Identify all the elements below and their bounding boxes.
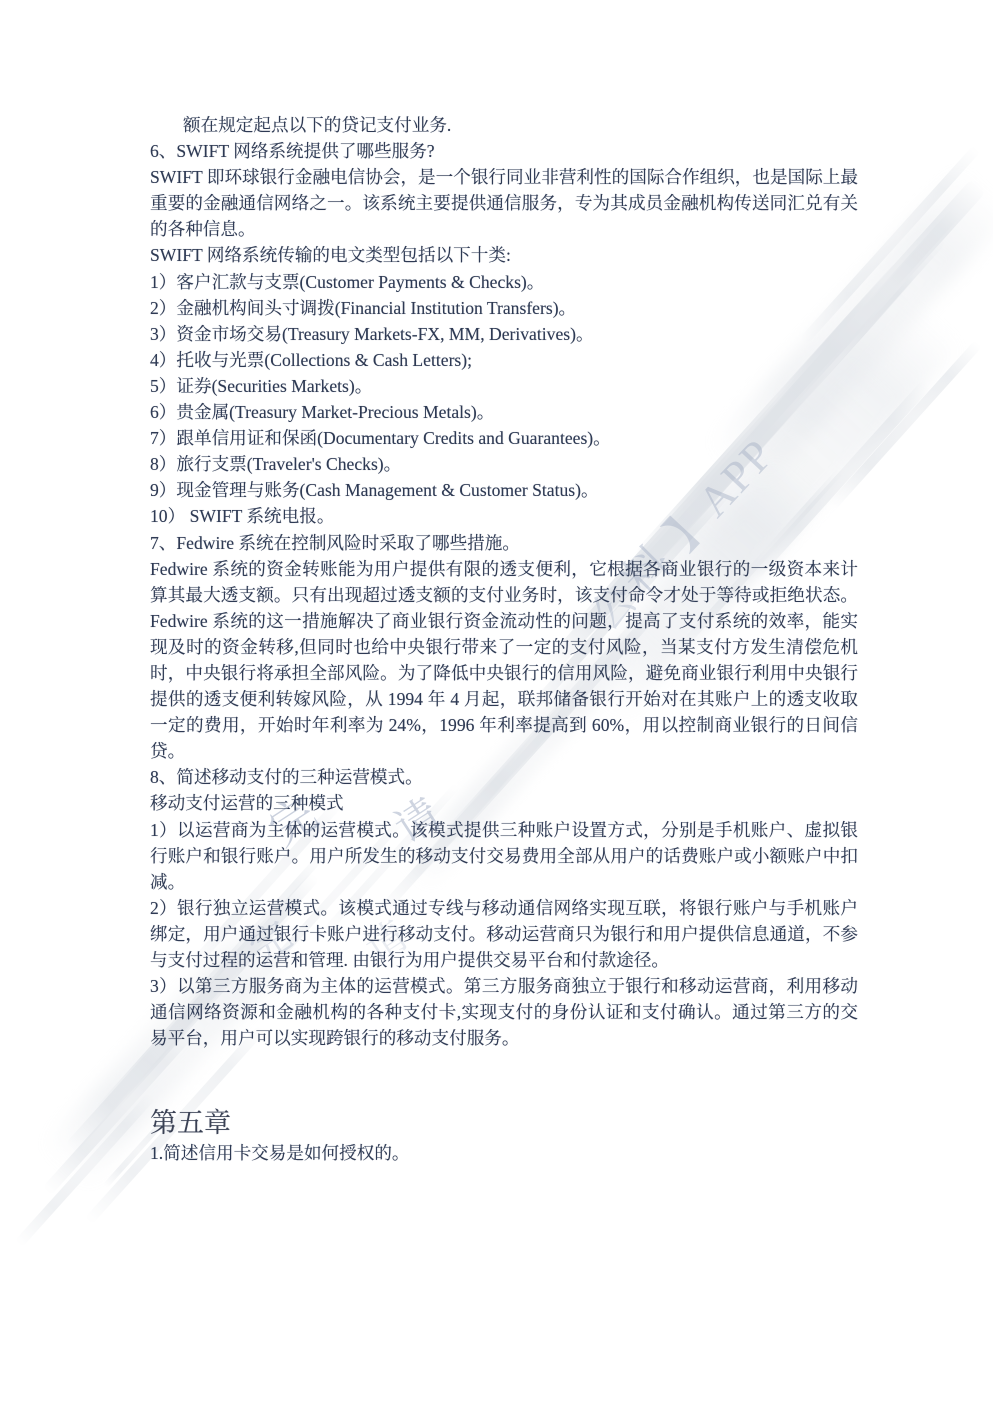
swift-message-type-item: 1）客户汇款与支票(Customer Payments & Checks)。 [150, 269, 858, 295]
document-page: 完 请 公 料 】APP 完 请 额在规定起点以下的贷记支付业务. 6、SWIF… [0, 0, 993, 1404]
q8-subheading: 移动支付运营的三种模式 [150, 790, 858, 816]
chapter-5-title: 第五章 [150, 1106, 858, 1140]
swift-message-type-item: 8）旅行支票(Traveler's Checks)。 [150, 451, 858, 477]
question-7-heading: 7、Fedwire 系统在控制风险时采取了哪些措施。 [150, 530, 858, 556]
swift-message-type-item: 6）贵金属(Treasury Market-Precious Metals)。 [150, 399, 858, 425]
swift-message-type-item: 7）跟单信用证和保函(Documentary Credits and Guara… [150, 425, 858, 451]
q6-list-intro: SWIFT 网络系统传输的电文类型包括以下十类: [150, 242, 858, 268]
question-8-heading: 8、简述移动支付的三种运营模式。 [150, 764, 858, 790]
swift-message-type-item: 5）证券(Securities Markets)。 [150, 373, 858, 399]
intro-line: 额在规定起点以下的贷记支付业务. [150, 112, 858, 138]
document-content: 额在规定起点以下的贷记支付业务. 6、SWIFT 网络系统提供了哪些服务? SW… [150, 112, 858, 1166]
swift-message-type-item: 10） SWIFT 系统电报。 [150, 503, 858, 529]
swift-message-type-item: 9）现金管理与账务(Cash Management & Customer Sta… [150, 477, 858, 503]
mobile-payment-mode-1: 1）以运营商为主体的运营模式。该模式提供三种账户设置方式，分别是手机账户、虚拟银… [150, 817, 858, 895]
q6-answer-intro: SWIFT 即环球银行金融电信协会，是一个银行同业非营利性的国际合作组织，也是国… [150, 164, 858, 242]
mobile-payment-mode-2: 2）银行独立运营模式。该模式通过专线与移动通信网络实现互联，将银行账户与手机账户… [150, 895, 858, 973]
swift-message-type-item: 2）金融机构间头寸调拨(Financial Institution Transf… [150, 295, 858, 321]
mobile-payment-mode-3: 3）以第三方服务商为主体的运营模式。第三方服务商独立于银行和移动运营商，利用移动… [150, 973, 858, 1051]
swift-message-type-item: 3）资金市场交易(Treasury Markets-FX, MM, Deriva… [150, 321, 858, 347]
q7-answer: Fedwire 系统的资金转账能为用户提供有限的透支便利，它根据各商业银行的一级… [150, 556, 858, 765]
question-6-heading: 6、SWIFT 网络系统提供了哪些服务? [150, 138, 858, 164]
brush-streak [14, 1092, 155, 1247]
swift-message-type-item: 4）托收与光票(Collections & Cash Letters); [150, 347, 858, 373]
chapter5-question-1: 1.简述信用卡交易是如何授权的。 [150, 1140, 858, 1166]
